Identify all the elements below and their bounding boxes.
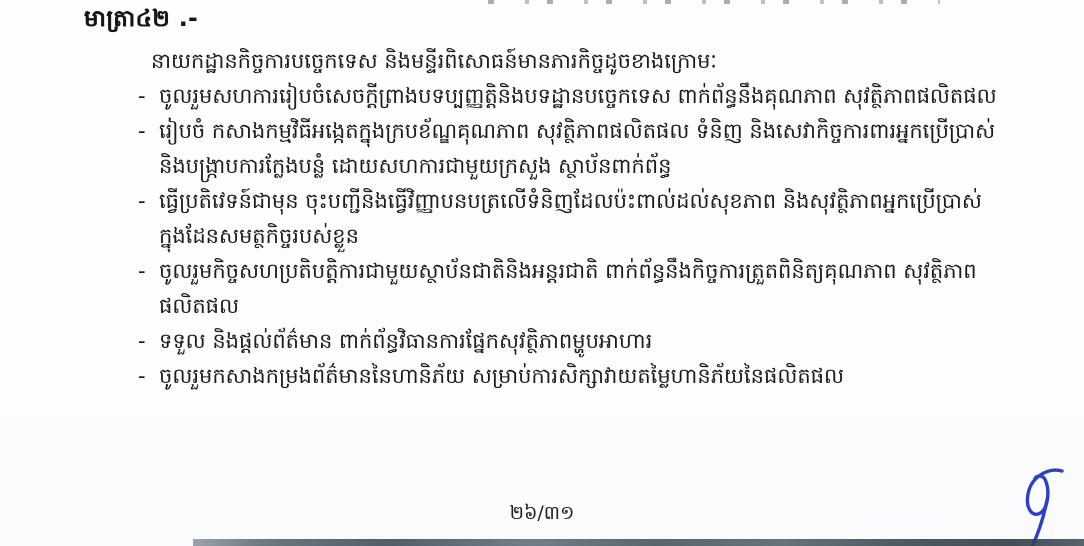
scanned-document-page: មាត្រា៤២ .- នាយកដ្ឋានកិច្ចការបច្ចេកទេស ន… (0, 0, 1084, 546)
bullet-dash: - (138, 79, 159, 114)
intro-line: នាយកដ្ឋានកិច្ចការបច្ចេកទេស និងមន្ទីរពិសោ… (151, 44, 717, 78)
list-item-text: ទទួល និងផ្តល់ព័ត៌មាន ពាក់ព័ន្ធវិធានការផ្… (159, 324, 1024, 359)
list-item-text: ចូលរួមសហការរៀបចំសេចក្តីព្រាងបទប្បញ្ញត្តិ… (159, 79, 1024, 114)
cut-off-text-artifact (470, 0, 940, 4)
duties-list: - ចូលរួមសហការរៀបចំសេចក្តីព្រាងបទប្បញ្ញត្… (138, 79, 1024, 394)
bullet-dash: - (138, 324, 159, 359)
blue-ink-initial-icon (1018, 468, 1066, 546)
list-item: - ធ្វើប្រតិវេទន៍ជាមុន ចុះបញ្ជីនិងធ្វើវិញ… (138, 184, 1024, 254)
scan-edge-strip (193, 539, 1084, 546)
list-item-text: ចូលរួមកិច្ចសហប្រតិបត្តិការជាមួយស្ថាប័នជា… (159, 254, 1024, 324)
bullet-dash: - (138, 254, 159, 289)
bullet-dash: - (138, 359, 159, 394)
list-item-text: ចូលរួមកសាងកម្រងព័ត៌មាននៃហានិភ័យ សម្រាប់ក… (159, 359, 1024, 394)
bullet-dash: - (138, 184, 159, 219)
list-item: - ចូលរួមសហការរៀបចំសេចក្តីព្រាងបទប្បញ្ញត្… (138, 79, 1024, 114)
article-heading: មាត្រា៤២ .- (84, 5, 198, 38)
list-item-text: ធ្វើប្រតិវេទន៍ជាមុន ចុះបញ្ជីនិងធ្វើវិញ្ញ… (159, 184, 1024, 254)
list-item: - ទទួល និងផ្តល់ព័ត៌មាន ពាក់ព័ន្ធវិធានការ… (138, 324, 1024, 359)
list-item: - រៀបចំ កសាងកម្មវិធីអង្កេតក្នុងក្របខ័ណ្ឌ… (138, 114, 1024, 184)
bullet-dash: - (138, 114, 159, 149)
list-item: - ចូលរួមកិច្ចសហប្រតិបត្តិការជាមួយស្ថាប័ន… (138, 254, 1024, 324)
list-item-text: រៀបចំ កសាងកម្មវិធីអង្កេតក្នុងក្របខ័ណ្ឌគុ… (159, 114, 1024, 184)
list-item: - ចូលរួមកសាងកម្រងព័ត៌មាននៃហានិភ័យ សម្រាប… (138, 359, 1024, 394)
page-number: ២៦/៣១ (0, 501, 1084, 529)
